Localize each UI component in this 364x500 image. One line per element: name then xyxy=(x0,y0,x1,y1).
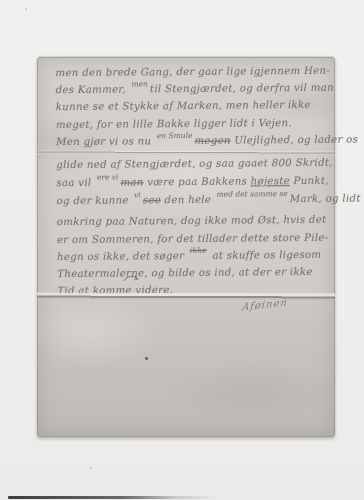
dust-speck xyxy=(25,8,27,10)
handwriting-text-block: men den brede Gang, der gaar lige igjenn… xyxy=(35,56,336,439)
handwriting-line: meget, for en lille Bakke ligger lidt i … xyxy=(56,117,292,132)
handwriting-line: og der kunne visee den hele med det samm… xyxy=(57,192,361,208)
handwriting-line: Theatermalerne, og bilde os ind, at der … xyxy=(57,266,313,281)
handwriting-line: hegn os ikke, det søger ikke at skuffe o… xyxy=(57,249,321,264)
handwriting-line: des Kammer, mentil Stengjærdet, og derfr… xyxy=(56,82,334,97)
handwriting-line: kunne se et Stykke af Marken, men heller… xyxy=(56,99,311,114)
handwriting-line: glide ned af Stengjærdet, og saa gaaet 8… xyxy=(56,157,333,172)
handwriting-line: er om Sommeren, for det tillader dette s… xyxy=(57,232,329,247)
dark-edge-artifact xyxy=(8,496,218,499)
handwriting-line: Men gjør vi os nu en Smulemegen Ulejligh… xyxy=(56,133,358,149)
handwriting-line: omkring paa Naturen, dog ikke mod Øst, h… xyxy=(57,214,327,229)
handwriting-line: Tid at komme videre. xyxy=(57,284,173,298)
manuscript-paper: men den brede Gang, der gaar lige igjenn… xyxy=(37,57,335,437)
handwriting-line: men den brede Gang, der gaar lige igjenn… xyxy=(55,65,330,80)
dust-speck xyxy=(90,467,92,469)
handwriting-line: saa vil ere viman være paa Bakkens højes… xyxy=(56,175,328,190)
photograph-background: men den brede Gang, der gaar lige igjenn… xyxy=(0,0,364,500)
ink-blot xyxy=(145,357,148,360)
pen-flourish-mark xyxy=(123,274,141,283)
